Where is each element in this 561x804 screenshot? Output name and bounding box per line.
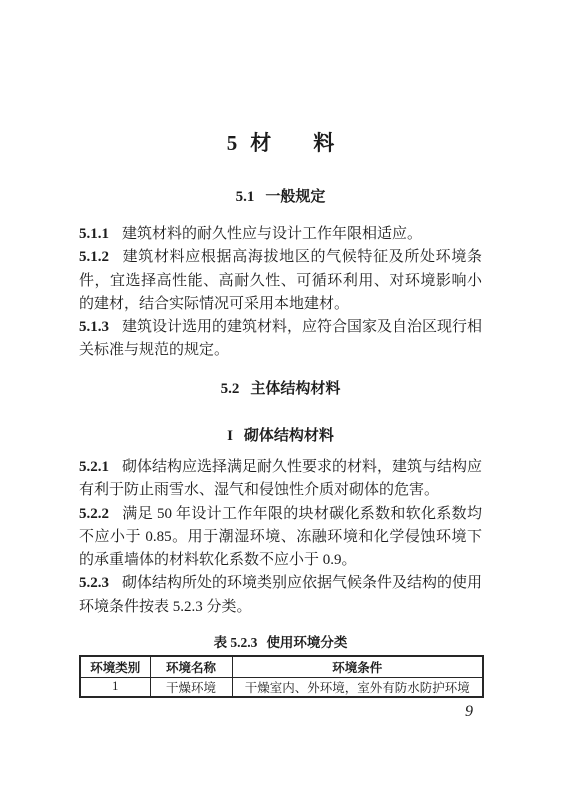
table-header-row: 环境类别 环境名称 环境条件 xyxy=(80,656,483,677)
subsection-numeral: I xyxy=(227,428,233,444)
environment-classification-table: 环境类别 环境名称 环境条件 1 干燥环境 干燥室内、外环境，室外有防水防护环境 xyxy=(79,655,484,698)
cell-environment-name: 干燥环境 xyxy=(150,677,232,697)
chapter-title: 5材 料 xyxy=(79,127,482,157)
cell-environment-category: 1 xyxy=(80,677,150,697)
section-number: 5.1 xyxy=(236,189,255,205)
clause-5-1-1: 5.1.1建筑材料的耐久性应与设计工作年限相适应。 xyxy=(79,223,482,246)
page-number: 9 xyxy=(79,703,473,721)
subsection-heading-masonry-materials: I砌体结构材料 xyxy=(79,424,482,445)
clause-5-1-2: 5.1.2建筑材料应根据高海拔地区的气候特征及所处环境条件，宜选择高性能、高耐久… xyxy=(79,246,482,316)
clause-number: 5.2.3 xyxy=(79,575,109,591)
chapter-number: 5 xyxy=(227,131,238,155)
section-title-text: 一般规定 xyxy=(265,188,325,205)
table-caption: 表 5.2.3使用环境分类 xyxy=(79,631,482,651)
clause-number: 5.1.2 xyxy=(79,249,109,265)
clause-text: 建筑材料的耐久性应与设计工作年限相适应。 xyxy=(122,226,422,242)
table-row: 1 干燥环境 干燥室内、外环境，室外有防水防护环境 xyxy=(80,677,483,697)
clause-number: 5.2.2 xyxy=(79,506,109,522)
clause-text: 砌体结构所处的环境类别应依据气候条件及结构的使用环境条件按表 5.2.3 分类。 xyxy=(79,575,482,614)
section-number: 5.2 xyxy=(221,381,240,397)
document-page: 5材 料 5.1一般规定 5.1.1建筑材料的耐久性应与设计工作年限相适应。 5… xyxy=(0,0,561,804)
clause-5-2-1: 5.2.1砌体结构应选择满足耐久性要求的材料，建筑与结构应有利于防止雨雪水、湿气… xyxy=(79,456,482,503)
section-5-2-clauses: 5.2.1砌体结构应选择满足耐久性要求的材料，建筑与结构应有利于防止雨雪水、湿气… xyxy=(79,456,482,619)
clause-5-2-2: 5.2.2满足 50 年设计工作年限的块材碳化系数和软化系数均不应小于 0.85… xyxy=(79,503,482,573)
section-title-text: 主体结构材料 xyxy=(250,380,340,397)
clause-text: 满足 50 年设计工作年限的块材碳化系数和软化系数均不应小于 0.85。用于潮湿… xyxy=(79,506,482,569)
clause-number: 5.2.1 xyxy=(79,459,109,475)
table-caption-text: 使用环境分类 xyxy=(266,635,347,650)
section-heading-5-2: 5.2主体结构材料 xyxy=(79,377,482,398)
clause-5-2-3: 5.2.3砌体结构所处的环境类别应依据气候条件及结构的使用环境条件按表 5.2.… xyxy=(79,572,482,619)
cell-environment-condition: 干燥室内、外环境，室外有防水防护环境 xyxy=(232,677,483,697)
clause-text: 砌体结构应选择满足耐久性要求的材料，建筑与结构应有利于防止雨雪水、湿气和侵蚀性介… xyxy=(79,459,482,498)
clause-text: 建筑材料应根据高海拔地区的气候特征及所处环境条件，宜选择高性能、高耐久性、可循环… xyxy=(79,249,482,312)
section-heading-5-1: 5.1一般规定 xyxy=(79,185,482,206)
clause-number: 5.1.1 xyxy=(79,226,109,242)
col-header-environment-name: 环境名称 xyxy=(150,656,232,677)
clause-5-1-3: 5.1.3建筑设计选用的建筑材料，应符合国家及自治区现行相关标准与规范的规定。 xyxy=(79,316,482,363)
clause-text: 建筑设计选用的建筑材料，应符合国家及自治区现行相关标准与规范的规定。 xyxy=(79,319,482,358)
chapter-title-text: 材 料 xyxy=(250,132,334,155)
section-5-1-clauses: 5.1.1建筑材料的耐久性应与设计工作年限相适应。 5.1.2建筑材料应根据高海… xyxy=(79,223,482,363)
col-header-environment-category: 环境类别 xyxy=(80,656,150,677)
subsection-title-text: 砌体结构材料 xyxy=(244,427,334,444)
clause-number: 5.1.3 xyxy=(79,319,109,335)
table-caption-number: 表 5.2.3 xyxy=(214,635,258,650)
col-header-environment-condition: 环境条件 xyxy=(232,656,483,677)
